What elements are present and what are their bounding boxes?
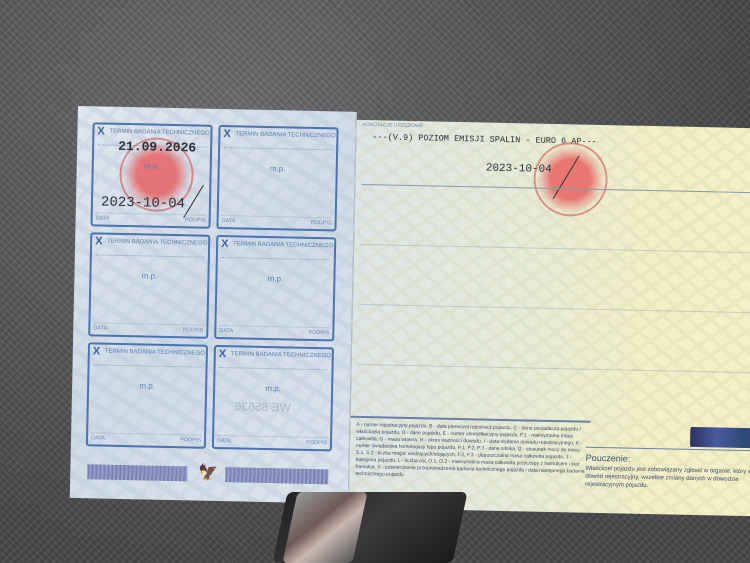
stamp-date: 2023-10-04 xyxy=(101,195,185,213)
x-mark: X xyxy=(223,128,231,140)
inspection-box-4: X TERMIN BADANIA TECHNICZNEGO m.p. DATA … xyxy=(214,235,336,341)
left-page: X TERMIN BADANIA TECHNICZNEGO 21.09.2026… xyxy=(70,106,357,504)
mp-label: m.p. xyxy=(215,383,331,394)
inspection-box-1: X TERMIN BADANIA TECHNICZNEGO 21.09.2026… xyxy=(90,122,212,228)
signature-label: PODPIS xyxy=(185,217,206,223)
registration-document: X TERMIN BADANIA TECHNICZNEGO 21.09.2026… xyxy=(70,106,750,517)
mp-label: m.p. xyxy=(220,163,336,174)
date-label: DATA xyxy=(91,435,105,441)
annotation-stamp-date: 2023-10-04 xyxy=(486,163,552,176)
mp-label: m.p. xyxy=(89,380,205,391)
signature-label: PODPIS xyxy=(308,330,329,336)
inspection-box-5: X TERMIN BADANIA TECHNICZNEGO m.p. DATA … xyxy=(86,342,208,448)
box-header: TERMIN BADANIA TECHNICZNEGO xyxy=(233,241,333,249)
inspection-box-2: X TERMIN BADANIA TECHNICZNEGO m.p. DATA … xyxy=(216,125,338,231)
mp-label: m.p. xyxy=(217,273,333,284)
box-header: TERMIN BADANIA TECHNICZNEGO xyxy=(231,351,331,359)
x-mark: X xyxy=(221,238,229,250)
x-mark: X xyxy=(219,348,227,360)
pouczenie-text: Właściciel pojazdu jest zobowiązany zgło… xyxy=(585,465,750,493)
security-band-right xyxy=(225,467,328,484)
x-mark: X xyxy=(95,235,103,247)
key-chrome-trim xyxy=(282,492,367,563)
box-header: TERMIN BADANIA TECHNICZNEGO xyxy=(105,349,205,357)
polish-eagle-emblem-icon: 🦅 xyxy=(198,463,216,483)
box-header: TERMIN BADANIA TECHNICZNEGO xyxy=(109,129,209,137)
signature-label: PODPIS xyxy=(182,327,203,333)
pouczenie-title: Pouczenie: xyxy=(586,453,631,464)
date-label: DATA xyxy=(222,218,236,224)
date-label: DATA xyxy=(219,328,233,334)
right-page: ADNOTACJE URZĘDOWE ---(V.9) POZIOM EMISJ… xyxy=(349,120,750,517)
inspection-box-6: X TERMIN BADANIA TECHNICZNEGO m.p. WE 85… xyxy=(212,345,334,451)
x-mark: X xyxy=(97,125,105,137)
date-label: DATA xyxy=(217,438,231,444)
date-label: DATA xyxy=(93,325,107,331)
security-band-left xyxy=(87,464,187,481)
mp-label: m.p. xyxy=(91,270,207,281)
mirrored-serial-number: WE 85636 xyxy=(235,399,291,414)
signature-label: PODPIS xyxy=(306,440,327,446)
mp-label: m.p. xyxy=(94,160,210,171)
official-annotations-label: ADNOTACJE URZĘDOWE xyxy=(363,122,424,129)
hologram-security-feature xyxy=(690,427,750,449)
box-header: TERMIN BADANIA TECHNICZNEGO xyxy=(235,131,335,139)
x-mark: X xyxy=(93,345,101,357)
car-key-fob xyxy=(272,492,467,563)
inspection-box-3: X TERMIN BADANIA TECHNICZNEGO m.p. DATA … xyxy=(88,232,210,338)
field-legend-text: A - numer rejestracyjny pojazdu, B - dat… xyxy=(355,422,588,483)
signature-label: PODPIS xyxy=(311,220,332,226)
date-label: DATA xyxy=(96,215,110,221)
next-inspection-date: 21.09.2026 xyxy=(118,139,196,156)
red-stamp-icon xyxy=(533,142,609,218)
box-header: TERMIN BADANIA TECHNICZNEGO xyxy=(107,239,207,247)
signature-label: PODPIS xyxy=(180,437,201,443)
